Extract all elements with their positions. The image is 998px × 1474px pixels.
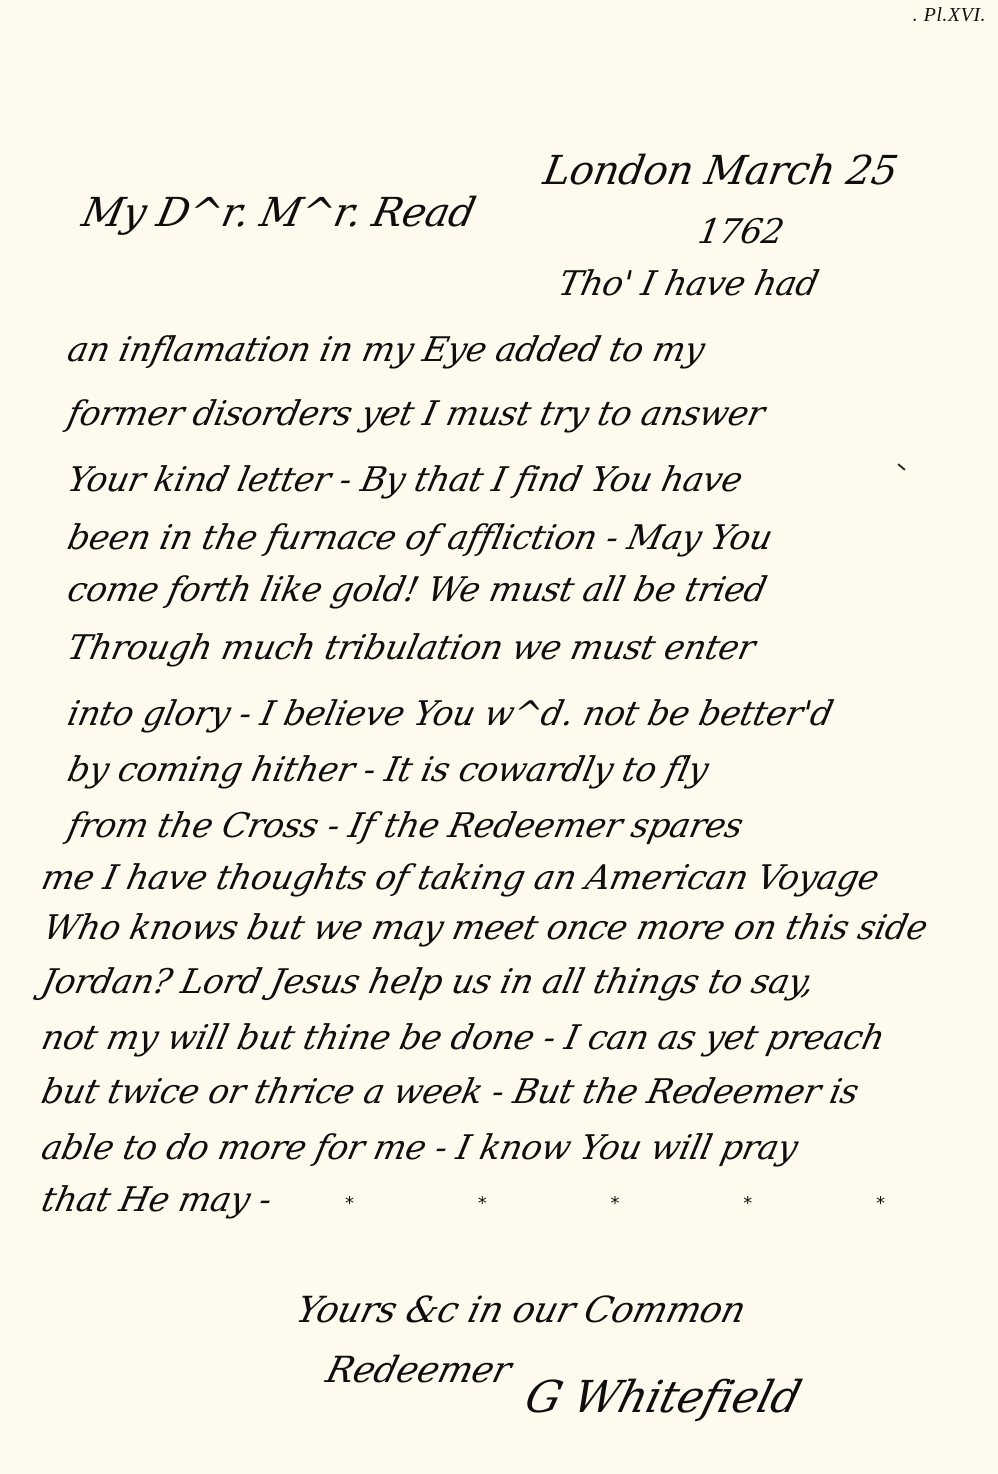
signature: G Whitefield <box>520 1372 806 1423</box>
closing-line-2: Redeemer <box>322 1350 515 1391</box>
letter-line: Jordan? Lord Jesus help us in all things… <box>38 962 818 1002</box>
letter-year: 1762 <box>695 212 787 252</box>
asterisk: * <box>345 1193 354 1214</box>
ellipsis-asterisks: * * * * * <box>345 1193 885 1214</box>
letter-line: come forth like gold! We must all be tri… <box>64 570 770 610</box>
closing-line-1: Yours &c in our Common <box>292 1290 750 1331</box>
letter-line: but twice or thrice a week - But the Red… <box>38 1072 862 1112</box>
letter-line: been in the furnace of affliction - May … <box>64 518 776 558</box>
letter-line: that He may - <box>38 1180 275 1220</box>
letter-line: an inflamation in my Eye added to my <box>64 330 708 370</box>
asterisk: * <box>876 1193 885 1214</box>
letter-line: Your kind letter - By that I find You ha… <box>64 460 746 500</box>
letter-line: by coming hither - It is cowardly to fly <box>64 750 712 790</box>
letter-line: former disorders yet I must try to answe… <box>64 394 768 434</box>
asterisk: * <box>743 1193 752 1214</box>
asterisk: * <box>478 1193 487 1214</box>
stray-ink-mark <box>897 463 905 470</box>
letter-page: . Pl.XVI. London March 25 1762 My D^r. M… <box>0 0 998 1474</box>
letter-salutation: My D^r. M^r. Read <box>78 190 479 236</box>
plate-number: . Pl.XVI. <box>913 4 986 27</box>
letter-line: Tho' I have had <box>555 264 822 304</box>
letter-line: Through much tribulation we must enter <box>64 628 759 668</box>
letter-place-date: London March 25 <box>540 148 901 194</box>
letter-line: Who knows but we may meet once more on t… <box>40 908 931 948</box>
letter-line: into glory - I believe You w^d. not be b… <box>64 694 836 734</box>
letter-line: not my will but thine be done - I can as… <box>38 1018 888 1058</box>
letter-line: able to do more for me - I know You will… <box>38 1128 801 1168</box>
asterisk: * <box>611 1193 620 1214</box>
letter-line: me I have thoughts of taking an American… <box>38 858 882 898</box>
letter-line: from the Cross - If the Redeemer spares <box>64 806 746 846</box>
